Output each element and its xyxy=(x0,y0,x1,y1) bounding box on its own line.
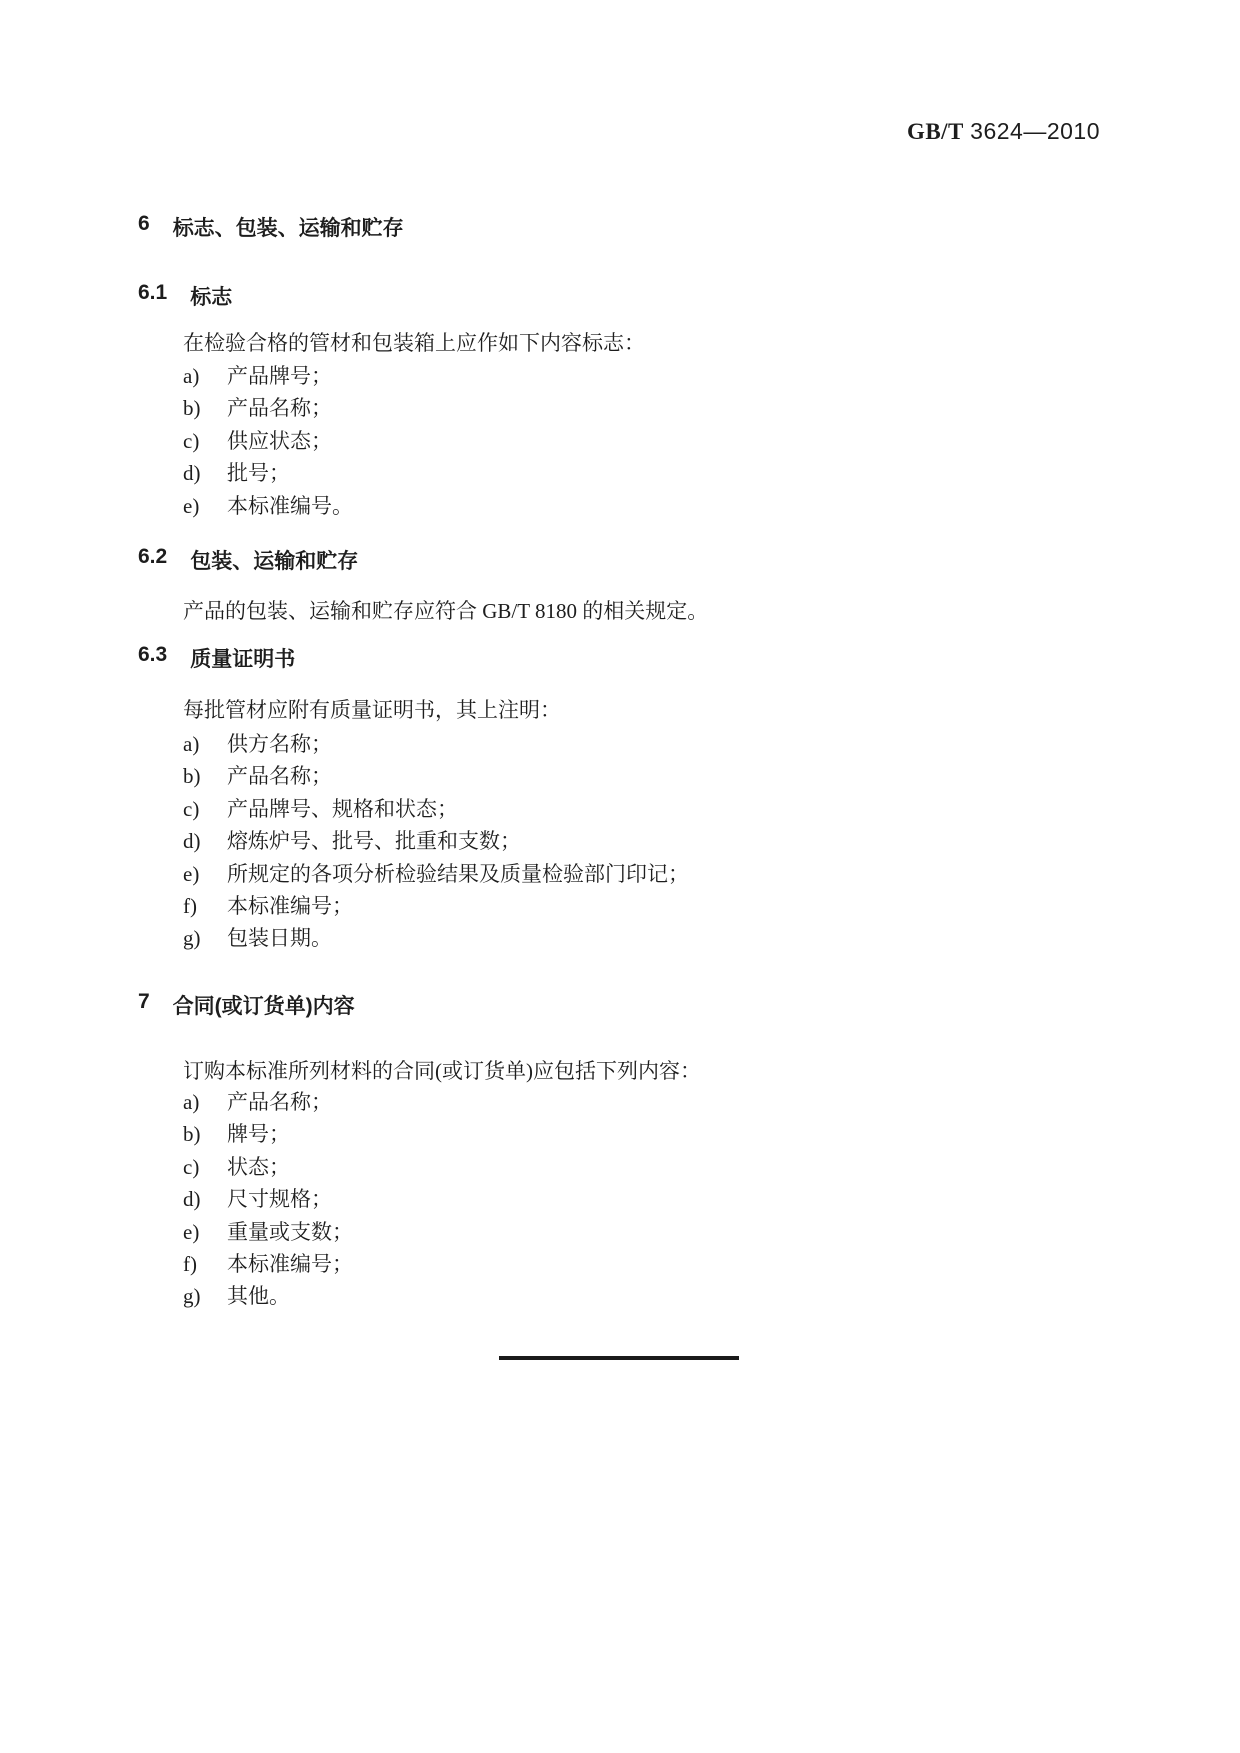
item-text: 本标准编号； xyxy=(227,890,353,922)
list-item: c) 产品牌号、规格和状态； xyxy=(183,793,689,825)
list-item: b) 牌号； xyxy=(183,1118,353,1150)
list-item: d) 批号； xyxy=(183,457,353,489)
item-letter: d) xyxy=(183,1183,227,1215)
item-letter: b) xyxy=(183,760,227,792)
item-letter: b) xyxy=(183,1118,227,1150)
item-letter: e) xyxy=(183,1216,227,1248)
item-text: 本标准编号； xyxy=(227,1248,353,1280)
item-letter: c) xyxy=(183,1151,227,1183)
section-7-intro: 订购本标准所列材料的合同(或订货单)应包括下列内容： xyxy=(183,1055,701,1085)
item-text: 包装日期。 xyxy=(227,922,332,954)
item-letter: a) xyxy=(183,1086,227,1118)
section-7-list: a) 产品名称； b) 牌号； c) 状态； d) 尺寸规格； e) 重量或支数… xyxy=(183,1086,353,1313)
item-letter: a) xyxy=(183,728,227,760)
end-of-document-rule xyxy=(499,1356,739,1360)
list-item: e) 所规定的各项分析检验结果及质量检验部门印记； xyxy=(183,858,689,890)
list-item: c) 状态； xyxy=(183,1151,353,1183)
clause-6-2-body: 产品的包装、运输和贮存应符合 GB/T 8180 的相关规定。 xyxy=(183,595,708,625)
standard-code: GB/T 3624—2010 xyxy=(907,118,1100,145)
standard-code-number: 3624—2010 xyxy=(970,118,1100,144)
item-text: 产品名称； xyxy=(227,1086,332,1118)
list-item: d) 尺寸规格； xyxy=(183,1183,353,1215)
item-text: 产品名称； xyxy=(227,392,332,424)
item-text: 所规定的各项分析检验结果及质量检验部门印记； xyxy=(227,858,689,890)
item-letter: b) xyxy=(183,392,227,424)
clause-6-1-heading: 6.1 标志 xyxy=(138,281,232,311)
item-letter: d) xyxy=(183,457,227,489)
list-item: b) 产品名称； xyxy=(183,760,689,792)
item-text: 其他。 xyxy=(227,1280,290,1312)
item-text: 产品名称； xyxy=(227,760,332,792)
section-7-title: 合同(或订货单)内容 xyxy=(173,990,355,1020)
clause-6-3-list: a) 供方名称； b) 产品名称； c) 产品牌号、规格和状态； d) 熔炼炉号… xyxy=(183,728,689,955)
item-letter: d) xyxy=(183,825,227,857)
item-letter: f) xyxy=(183,890,227,922)
item-text: 产品牌号、规格和状态； xyxy=(227,793,458,825)
item-letter: e) xyxy=(183,858,227,890)
clause-6-3-number: 6.3 xyxy=(138,643,167,673)
list-item: g) 其他。 xyxy=(183,1280,353,1312)
clause-6-2-number: 6.2 xyxy=(138,545,167,575)
clause-6-3-heading: 6.3 质量证明书 xyxy=(138,643,295,673)
item-text: 产品牌号； xyxy=(227,360,332,392)
list-item: f) 本标准编号； xyxy=(183,1248,353,1280)
item-text: 尺寸规格； xyxy=(227,1183,332,1215)
section-6-title: 标志、包装、运输和贮存 xyxy=(173,212,404,242)
item-letter: g) xyxy=(183,1280,227,1312)
clause-6-2-heading: 6.2 包装、运输和贮存 xyxy=(138,545,358,575)
document-page: GB/T 3624—2010 6 标志、包装、运输和贮存 6.1 标志 在检验合… xyxy=(0,0,1240,1753)
list-item: a) 产品牌号； xyxy=(183,360,353,392)
list-item: e) 本标准编号。 xyxy=(183,490,353,522)
item-text: 熔炼炉号、批号、批重和支数； xyxy=(227,825,521,857)
item-letter: c) xyxy=(183,425,227,457)
list-item: d) 熔炼炉号、批号、批重和支数； xyxy=(183,825,689,857)
standard-code-prefix: GB/T xyxy=(907,119,964,144)
list-item: g) 包装日期。 xyxy=(183,922,689,954)
item-text: 批号； xyxy=(227,457,290,489)
item-text: 本标准编号。 xyxy=(227,490,353,522)
item-text: 供方名称； xyxy=(227,728,332,760)
item-letter: g) xyxy=(183,922,227,954)
list-item: b) 产品名称； xyxy=(183,392,353,424)
clause-6-1-number: 6.1 xyxy=(138,281,167,311)
list-item: a) 产品名称； xyxy=(183,1086,353,1118)
item-text: 重量或支数； xyxy=(227,1216,353,1248)
list-item: a) 供方名称； xyxy=(183,728,689,760)
clause-6-2-title: 包装、运输和贮存 xyxy=(190,545,358,575)
item-text: 供应状态； xyxy=(227,425,332,457)
list-item: f) 本标准编号； xyxy=(183,890,689,922)
section-7-number: 7 xyxy=(138,990,150,1020)
item-text: 状态； xyxy=(227,1151,290,1183)
section-6-number: 6 xyxy=(138,212,150,242)
list-item: c) 供应状态； xyxy=(183,425,353,457)
clause-6-3-title: 质量证明书 xyxy=(190,643,295,673)
item-letter: c) xyxy=(183,793,227,825)
item-text: 牌号； xyxy=(227,1118,290,1150)
section-7-heading: 7 合同(或订货单)内容 xyxy=(138,990,355,1020)
clause-6-1-title: 标志 xyxy=(190,281,232,311)
list-item: e) 重量或支数； xyxy=(183,1216,353,1248)
section-6-heading: 6 标志、包装、运输和贮存 xyxy=(138,212,404,242)
clause-6-1-intro: 在检验合格的管材和包装箱上应作如下内容标志： xyxy=(183,327,645,357)
item-letter: e) xyxy=(183,490,227,522)
clause-6-1-list: a) 产品牌号； b) 产品名称； c) 供应状态； d) 批号； e) 本标准… xyxy=(183,360,353,522)
item-letter: a) xyxy=(183,360,227,392)
clause-6-3-intro: 每批管材应附有质量证明书，其上注明： xyxy=(183,694,561,724)
item-letter: f) xyxy=(183,1248,227,1280)
